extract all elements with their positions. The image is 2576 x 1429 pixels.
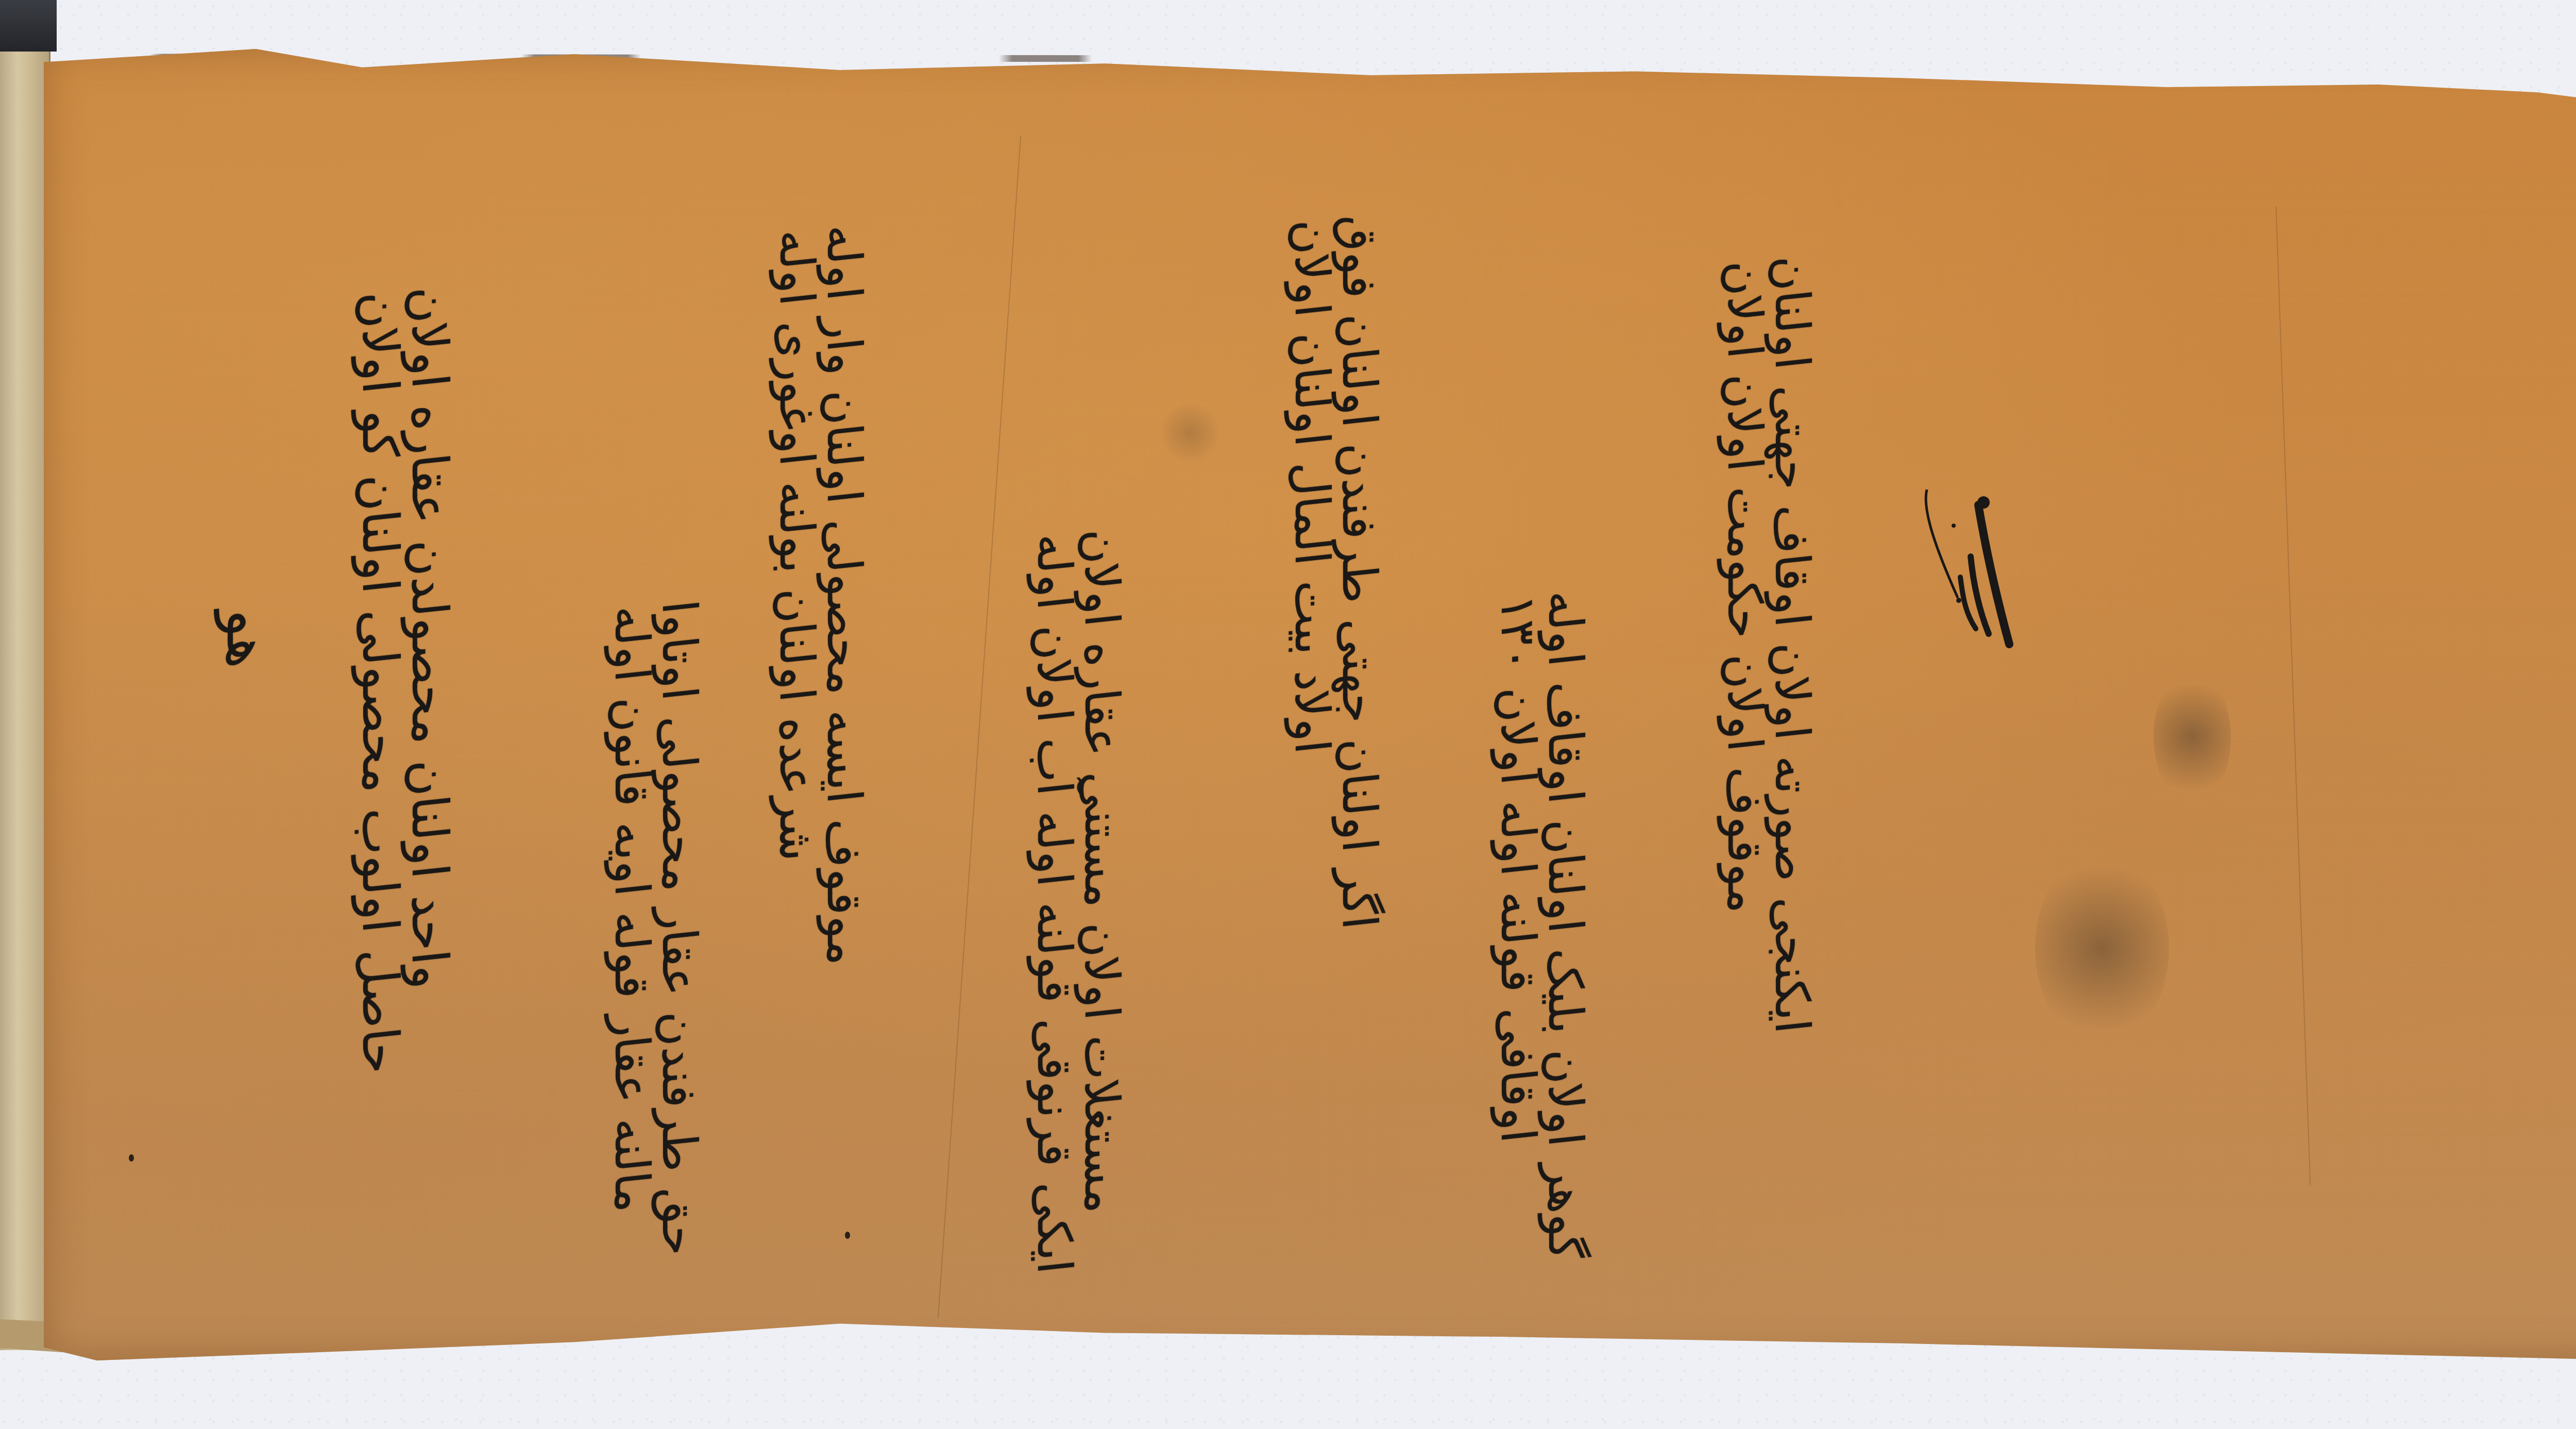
- scanner-clip: [0, 0, 57, 52]
- text-line: مالنه عقار قوله اویه قانون اوله: [608, 603, 655, 1263]
- text-line: ۱۳۰ اوقافی قولنه اوله اولان: [1494, 593, 1541, 1267]
- text-block-1-continuation: حق طرفندن عقار محصولی اوتاوا مالنه عقار …: [608, 598, 703, 1263]
- speck: [129, 1154, 134, 1162]
- text-block-3-continuation: گوهر اولان بلیک اولنان اوقاف اوله ۱۳۰ او…: [1494, 587, 1589, 1267]
- text-line: گوهر اولان بلیک اولنان اوقاف اوله: [1541, 587, 1589, 1262]
- text-block-2-continuation: مستغلات اولان مستنی عقاره اولان ایکی قرن…: [1030, 526, 1125, 1275]
- text-line: حق طرفندن عقار محصولی اوتاوا: [655, 598, 703, 1257]
- text-line: اولاد بیت المال اولنان اولان: [1288, 216, 1335, 936]
- text-line: واحد اولنان محصولدن عقاره اولان: [405, 283, 454, 1071]
- ink-stain: [2035, 850, 2169, 1046]
- text-line: شرعده اولنان بولنه اوغوری اوله: [773, 227, 820, 972]
- invocation-text: هو: [219, 605, 276, 670]
- text-line: ایکنجی صورته اولان اوقاف جهتی اولنان: [1768, 253, 1816, 1035]
- text-block-1: واحد اولنان محصولدن عقاره اولان حاصل اول…: [355, 283, 454, 1076]
- invocation: هو: [219, 605, 276, 670]
- text-line: موقوف اولان حکومت اولان اولان: [1721, 258, 1768, 1040]
- text-block-2: موقوف ایسه محصولی اولنان وار اوله شرعده …: [773, 222, 868, 972]
- speck: [845, 1232, 850, 1239]
- text-line: مستغلات اولان مستنی عقاره اولان: [1078, 526, 1125, 1271]
- text-line: حاصل اولوب محصولی اولنان کو اولان: [355, 289, 405, 1076]
- text-line: اگر اولنان جهتی طرفندن اولنان فوق: [1335, 211, 1383, 931]
- text-line: موقوف ایسه محصولی اولنان وار اوله: [820, 222, 868, 967]
- text-block-3: اگر اولنان جهتی طرفندن اولنان فوق اولاد …: [1288, 211, 1383, 936]
- signature-flourish-icon: [1911, 479, 2030, 654]
- text-line: ایکی قرنوقی قولنه اوله آب اولان اوله: [1030, 531, 1078, 1276]
- text-block-4: ایکنجی صورته اولان اوقاف جهتی اولنان موق…: [1721, 253, 1816, 1040]
- ink-stain: [2154, 670, 2231, 804]
- binding-strip: [0, 52, 50, 1350]
- ink-stain: [1159, 402, 1221, 464]
